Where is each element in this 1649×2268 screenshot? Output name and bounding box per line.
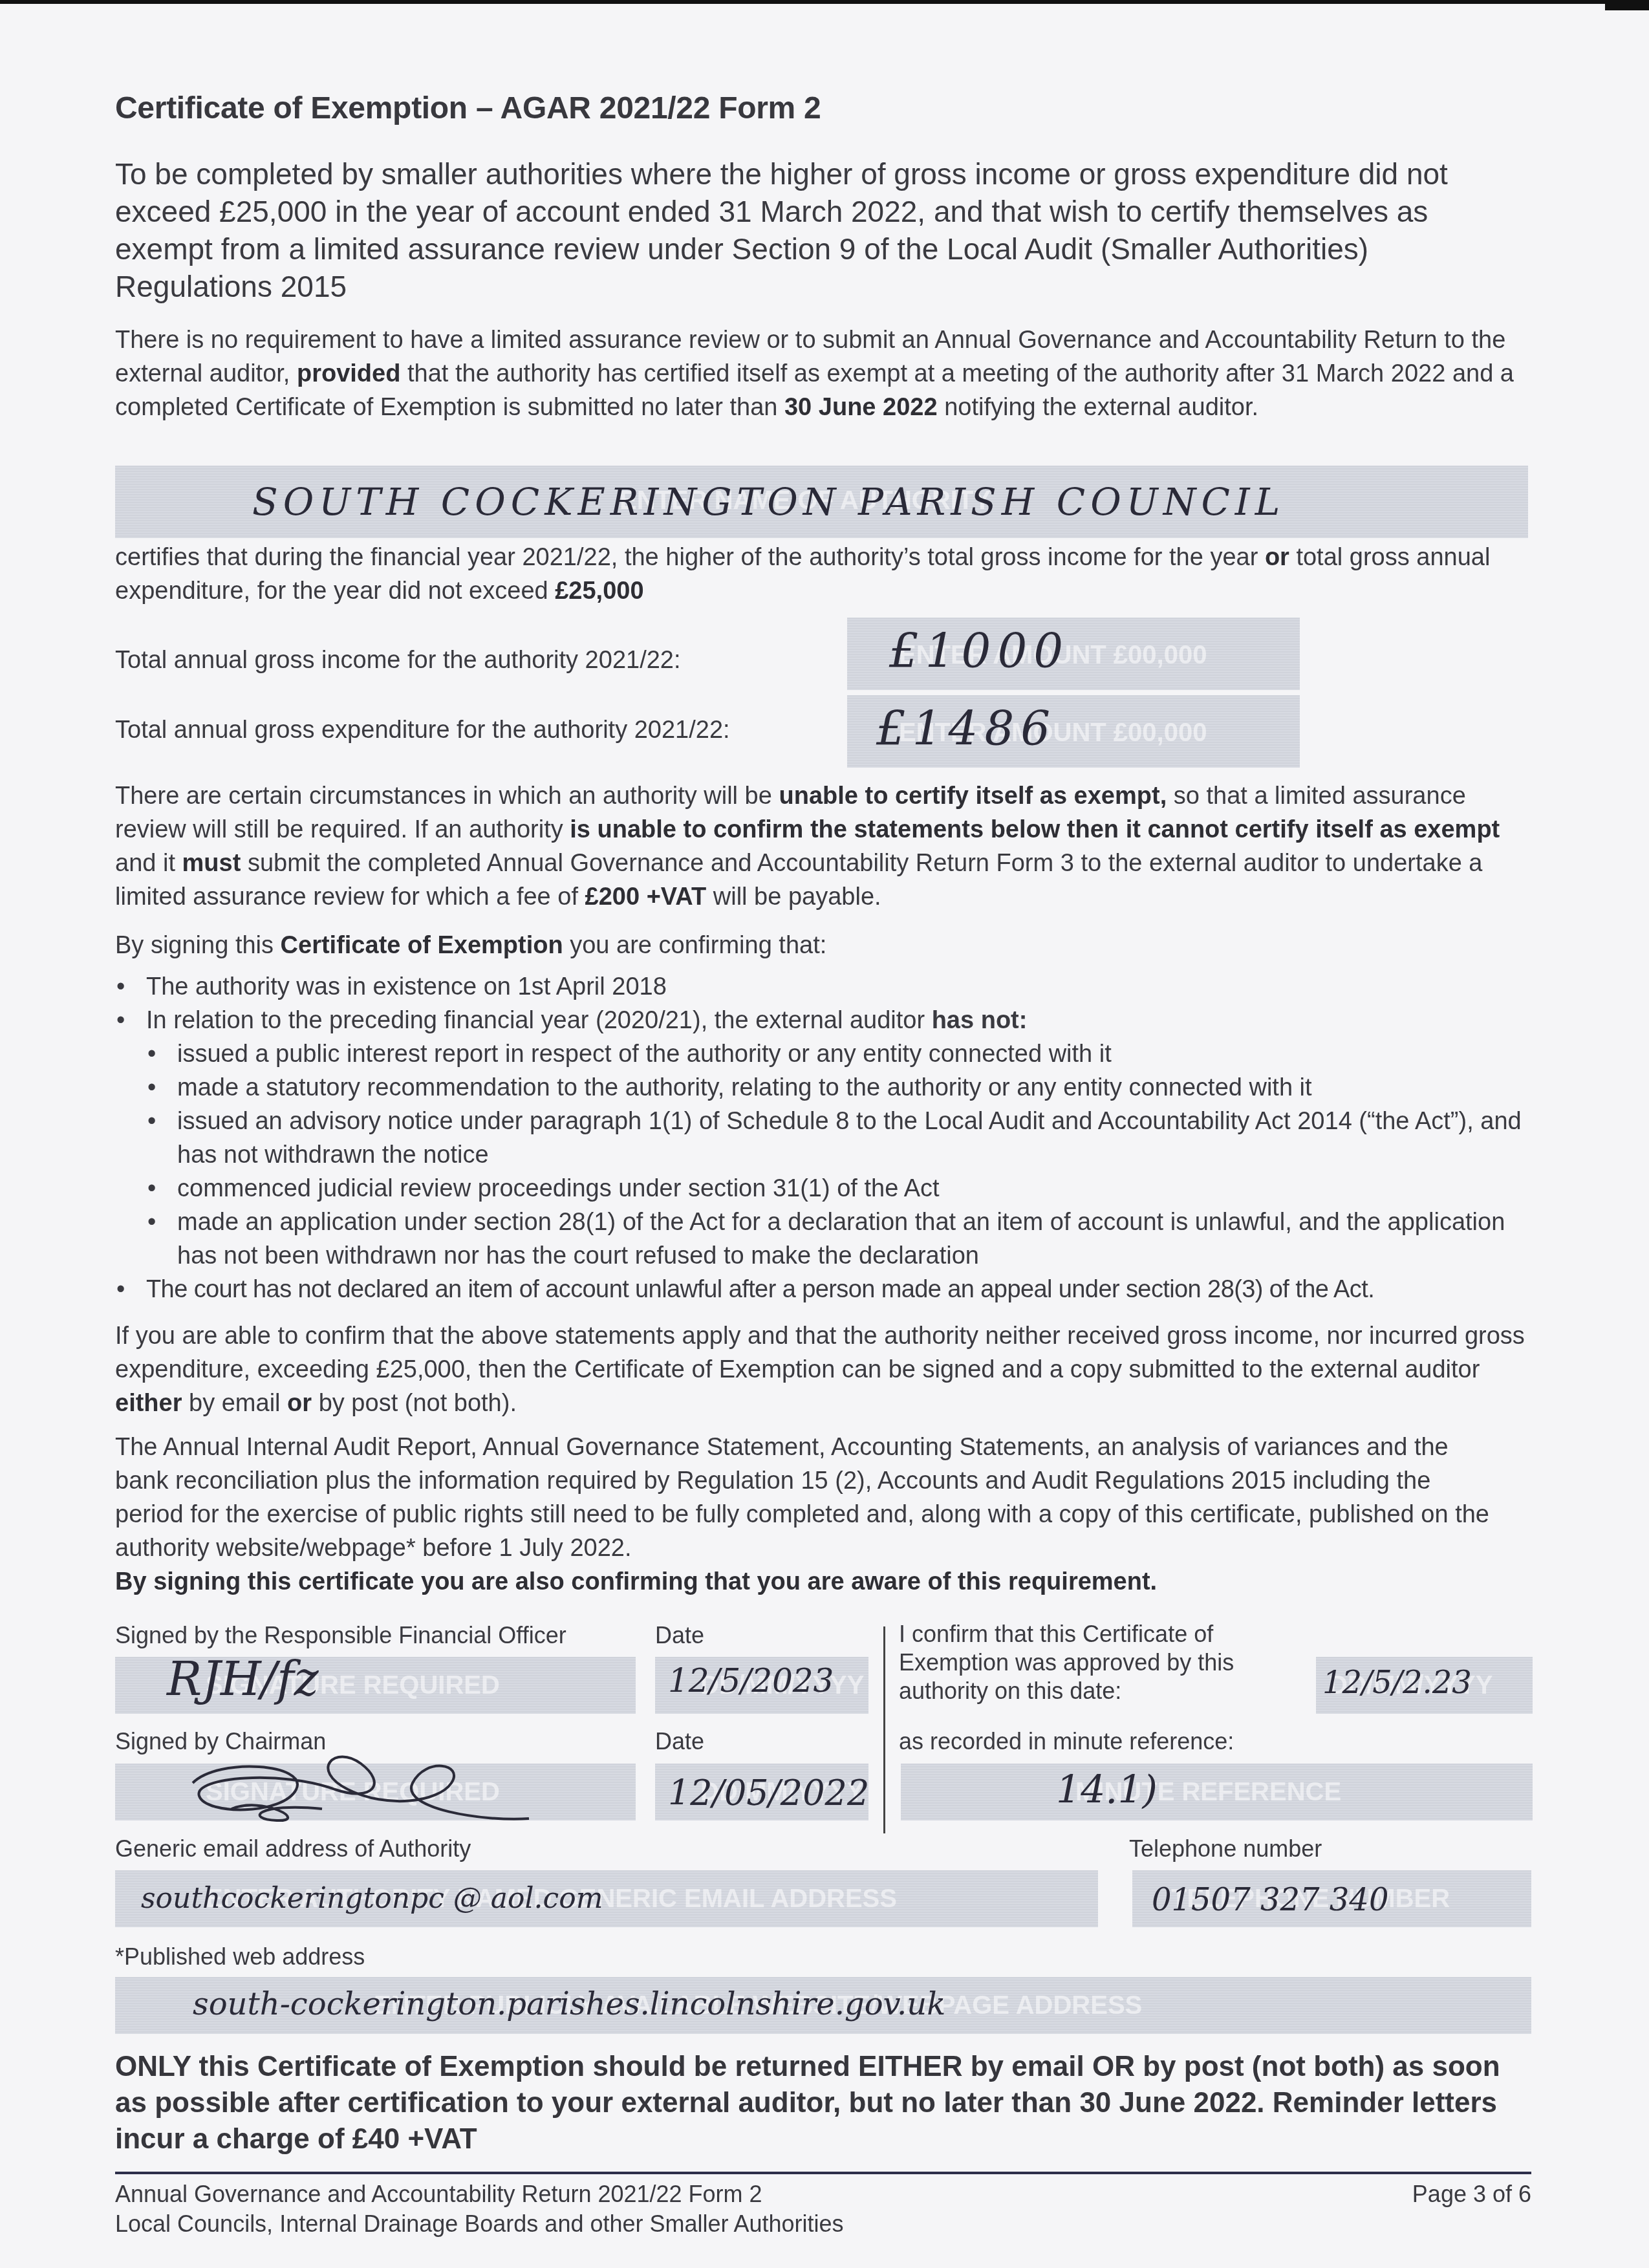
scan-edge-corner: [1605, 0, 1649, 10]
authority-name-value: SOUTH COCKERINGTON PARISH COUNCIL: [252, 480, 1285, 524]
circumstances-paragraph: There are certain circumstances in which…: [115, 779, 1538, 914]
list-item: The court has not declared an item of ac…: [115, 1273, 1544, 1306]
chair-date: 12/05/2022: [668, 1773, 869, 1813]
intro-text: To be completed by smaller authorities w…: [115, 155, 1499, 305]
approval-date: 12/5/2.23: [1322, 1665, 1472, 1701]
list-item: commenced judicial review proceedings un…: [115, 1172, 1544, 1205]
approval-text: I confirm that this Certificate of Exemp…: [899, 1620, 1261, 1705]
email-value: southcockeringtonpc @ aol.com: [141, 1882, 603, 1915]
footer-line-2: Local Councils, Internal Drainage Boards…: [115, 2210, 844, 2238]
email-field[interactable]: ENTER AUTHORITY NAMED GENERIC EMAIL ADDR…: [115, 1870, 1098, 1927]
authority-name-field[interactable]: ENTER NAME OF AUTHORITY SOUTH COCKERINGT…: [115, 466, 1528, 538]
submission-paragraph: If you are able to confirm that the abov…: [115, 1319, 1538, 1420]
chair-date-label: Date: [655, 1728, 704, 1755]
expenditure-label: Total annual gross expenditure for the a…: [115, 717, 730, 744]
list-item: made a statutory recommendation to the a…: [115, 1071, 1544, 1105]
footer-line-1: Annual Governance and Accountability Ret…: [115, 2181, 762, 2208]
confirming-intro: By signing this Certificate of Exemption…: [115, 929, 1538, 962]
minute-reference-label: as recorded in minute reference:: [899, 1728, 1234, 1755]
list-item: issued a public interest report in respe…: [115, 1037, 1544, 1071]
list-item: The authority was in existence on 1st Ap…: [115, 970, 1544, 1004]
page-title: Certificate of Exemption – AGAR 2021/22 …: [115, 91, 821, 126]
rfo-signature-field[interactable]: SIGNATURE REQUIRED RJH/fz: [115, 1657, 636, 1714]
phone-label: Telephone number: [1129, 1835, 1322, 1863]
footer-rule: [115, 2172, 1531, 2174]
signature-divider: [883, 1626, 885, 1833]
confirmation-list: The authority was in existence on 1st Ap…: [115, 970, 1544, 1306]
income-field[interactable]: ENTER AMOUNT £00,000 £1000: [847, 618, 1300, 690]
web-address-value: south-cockerington.parishes.lincolnshire…: [193, 1986, 945, 2022]
publication-paragraph: The Annual Internal Audit Report, Annual…: [115, 1431, 1505, 1599]
rfo-date-label: Date: [655, 1622, 704, 1649]
list-item: issued an advisory notice under paragrap…: [115, 1105, 1544, 1172]
scan-edge-top: [0, 0, 1649, 4]
web-address-label: *Published web address: [115, 1943, 365, 1971]
certifies-paragraph: certifies that during the financial year…: [115, 541, 1538, 608]
rfo-signature: RJH/fz: [167, 1652, 319, 1706]
approval-date-field[interactable]: DD/MM/YYYY 12/5/2.23: [1316, 1657, 1533, 1714]
minute-reference-value: 14.1): [1056, 1767, 1158, 1813]
return-instructions: ONLY this Certificate of Exemption shoul…: [115, 2049, 1505, 2157]
exemption-requirement-paragraph: There is no requirement to have a limite…: [115, 323, 1538, 424]
expenditure-field[interactable]: ENTER AMOUNT £00,000 £1486: [847, 695, 1300, 768]
web-address-field[interactable]: ENTER PUBLICLY AVAILABLE WEBSITE/WEBPAGE…: [115, 1977, 1531, 2034]
expenditure-value: £1486: [876, 702, 1057, 756]
minute-reference-field[interactable]: MINUTE REFERENCE 14.1): [901, 1764, 1533, 1820]
list-item: In relation to the preceding financial y…: [115, 1004, 1544, 1037]
rfo-date-field[interactable]: DD/MM/YYYY 12/5/2023: [655, 1657, 868, 1714]
phone-value: 01507 327 340: [1152, 1882, 1388, 1918]
income-value: £1000: [889, 624, 1070, 678]
list-item: made an application under section 28(1) …: [115, 1205, 1544, 1273]
rfo-signature-label: Signed by the Responsible Financial Offi…: [115, 1622, 566, 1649]
chair-signature-scrawl: [180, 1744, 542, 1828]
income-label: Total annual gross income for the author…: [115, 647, 681, 675]
phone-field[interactable]: TELEPHONE NUMBER 01507 327 340: [1132, 1870, 1531, 1927]
chair-date-field[interactable]: DD/MM/YYYY 12/05/2022: [655, 1764, 868, 1820]
chair-signature-field[interactable]: SIGNATURE REQUIRED: [115, 1764, 636, 1820]
rfo-date: 12/5/2023: [668, 1662, 834, 1700]
email-label: Generic email address of Authority: [115, 1835, 471, 1863]
page-number: Page 3 of 6: [1412, 2181, 1531, 2208]
